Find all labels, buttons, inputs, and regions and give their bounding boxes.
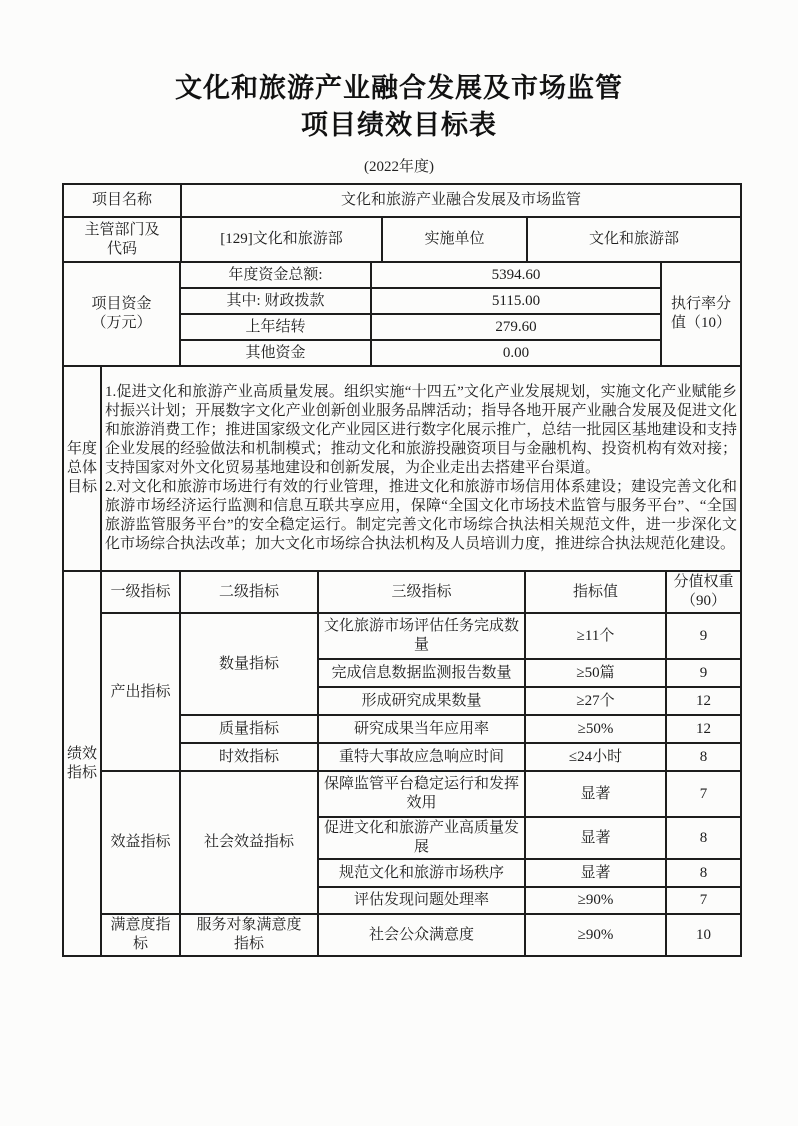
indicator-value: ≥90% [525,914,666,956]
header-level1: 一级指标 [101,571,180,613]
indicator-weight: 7 [666,771,741,817]
table-row: 主管部门及代码 [129]文化和旅游部 实施单位 文化和旅游部 [63,217,741,262]
indicator-weight: 8 [666,743,741,771]
indicator-value: 显著 [525,817,666,859]
annual-goal-paragraph-1: 1.促进文化和旅游产业高质量发展。组织实施“十四五”文化产业发展规划，实施文化产… [105,383,737,478]
annual-goal-table: 年度总体目标 1.促进文化和旅游产业高质量发展。组织实施“十四五”文化产业发展规… [62,365,742,572]
level3-indicator: 评估发现问题处理率 [318,887,525,914]
level3-indicator: 重特大事故应急响应时间 [318,743,525,771]
indicator-weight: 8 [666,859,741,887]
level2-indicator: 质量指标 [180,715,318,743]
level3-indicator: 文化旅游市场评估任务完成数量 [318,613,525,659]
document-title-line2: 项目绩效目标表 [0,107,798,144]
indicator-value: ≥50篇 [525,659,666,687]
project-name-value: 文化和旅游产业融合发展及市场监管 [181,184,741,217]
title-block: 文化和旅游产业融合发展及市场监管 项目绩效目标表 (2022年度) [0,0,798,176]
header-value: 指标值 [525,571,666,613]
table-row: 项目资金（万元） 年度资金总额: 5394.60 执行率分值（10） [63,262,741,288]
level3-indicator: 规范文化和旅游市场秩序 [318,859,525,887]
document-title-line1: 文化和旅游产业融合发展及市场监管 [0,70,798,107]
level3-indicator: 社会公众满意度 [318,914,525,956]
funding-row-value: 279.60 [371,314,661,340]
funding-row-value: 5394.60 [371,262,661,288]
funding-row-label: 上年结转 [180,314,371,340]
basic-info-table: 项目名称 文化和旅游产业融合发展及市场监管 主管部门及代码 [129]文化和旅游… [62,183,742,263]
indicator-value: 显著 [525,771,666,817]
funding-row-value: 0.00 [371,340,661,366]
indicator-weight: 8 [666,817,741,859]
table-row: 年度总体目标 1.促进文化和旅游产业高质量发展。组织实施“十四五”文化产业发展规… [63,366,741,571]
performance-target-table: 项目名称 文化和旅游产业融合发展及市场监管 主管部门及代码 [129]文化和旅游… [62,183,740,957]
indicator-weight: 10 [666,914,741,956]
level2-indicator: 时效指标 [180,743,318,771]
indicator-weight: 9 [666,613,741,659]
annual-goal-text: 1.促进文化和旅游产业高质量发展。组织实施“十四五”文化产业发展规划，实施文化产… [101,366,741,571]
table-row: 产出指标 数量指标 文化旅游市场评估任务完成数量 ≥11个 9 [63,613,741,659]
header-weight: 分值权重（90） [666,571,741,613]
indicators-side-label: 绩效指标 [63,571,101,956]
level2-indicator: 社会效益指标 [180,771,318,914]
indicator-value: ≥11个 [525,613,666,659]
department-label: 主管部门及代码 [63,217,181,262]
department-value: [129]文化和旅游部 [181,217,382,262]
indicator-weight: 9 [666,659,741,687]
indicator-value: ≥90% [525,887,666,914]
indicator-value: ≤24小时 [525,743,666,771]
level3-indicator: 完成信息数据监测报告数量 [318,659,525,687]
implementing-unit-value: 文化和旅游部 [527,217,741,262]
indicator-value: ≥50% [525,715,666,743]
level3-indicator: 促进文化和旅游产业高质量发展 [318,817,525,859]
document-subtitle: (2022年度) [0,155,798,176]
level3-indicator: 研究成果当年应用率 [318,715,525,743]
header-level2: 二级指标 [180,571,318,613]
indicator-value: 显著 [525,859,666,887]
level1-indicator: 产出指标 [101,613,180,771]
level1-indicator: 效益指标 [101,771,180,914]
header-level3: 三级指标 [318,571,525,613]
execution-rate-label: 执行率分值（10） [661,262,741,366]
annual-goal-paragraph-2: 2.对文化和旅游市场进行有效的行业管理，推进文化和旅游市场信用体系建设；建设完善… [105,478,737,554]
funding-row-value: 5115.00 [371,288,661,314]
funding-label: 项目资金（万元） [63,262,180,366]
level3-indicator: 形成研究成果数量 [318,687,525,715]
table-row: 项目名称 文化和旅游产业融合发展及市场监管 [63,184,741,217]
funding-row-label: 年度资金总额: [180,262,371,288]
document-page: 文化和旅游产业融合发展及市场监管 项目绩效目标表 (2022年度) 项目名称 文… [0,0,798,1126]
level2-indicator: 数量指标 [180,613,318,715]
indicator-weight: 12 [666,715,741,743]
table-row: 满意度指标 服务对象满意度指标 社会公众满意度 ≥90% 10 [63,914,741,956]
implementing-unit-label: 实施单位 [382,217,527,262]
annual-goal-label: 年度总体目标 [63,366,101,571]
level3-indicator: 保障监管平台稳定运行和发挥效用 [318,771,525,817]
indicators-header-row: 绩效指标 一级指标 二级指标 三级指标 指标值 分值权重（90） [63,571,741,613]
indicator-weight: 7 [666,887,741,914]
funding-row-label: 其中: 财政拨款 [180,288,371,314]
level2-indicator: 服务对象满意度指标 [180,914,318,956]
table-row: 效益指标 社会效益指标 保障监管平台稳定运行和发挥效用 显著 7 [63,771,741,817]
level1-indicator: 满意度指标 [101,914,180,956]
funding-table: 项目资金（万元） 年度资金总额: 5394.60 执行率分值（10） 其中: 财… [62,261,742,367]
indicator-weight: 12 [666,687,741,715]
indicator-value: ≥27个 [525,687,666,715]
project-name-label: 项目名称 [63,184,181,217]
indicators-table: 绩效指标 一级指标 二级指标 三级指标 指标值 分值权重（90） 产出指标 数量… [62,570,742,957]
funding-row-label: 其他资金 [180,340,371,366]
